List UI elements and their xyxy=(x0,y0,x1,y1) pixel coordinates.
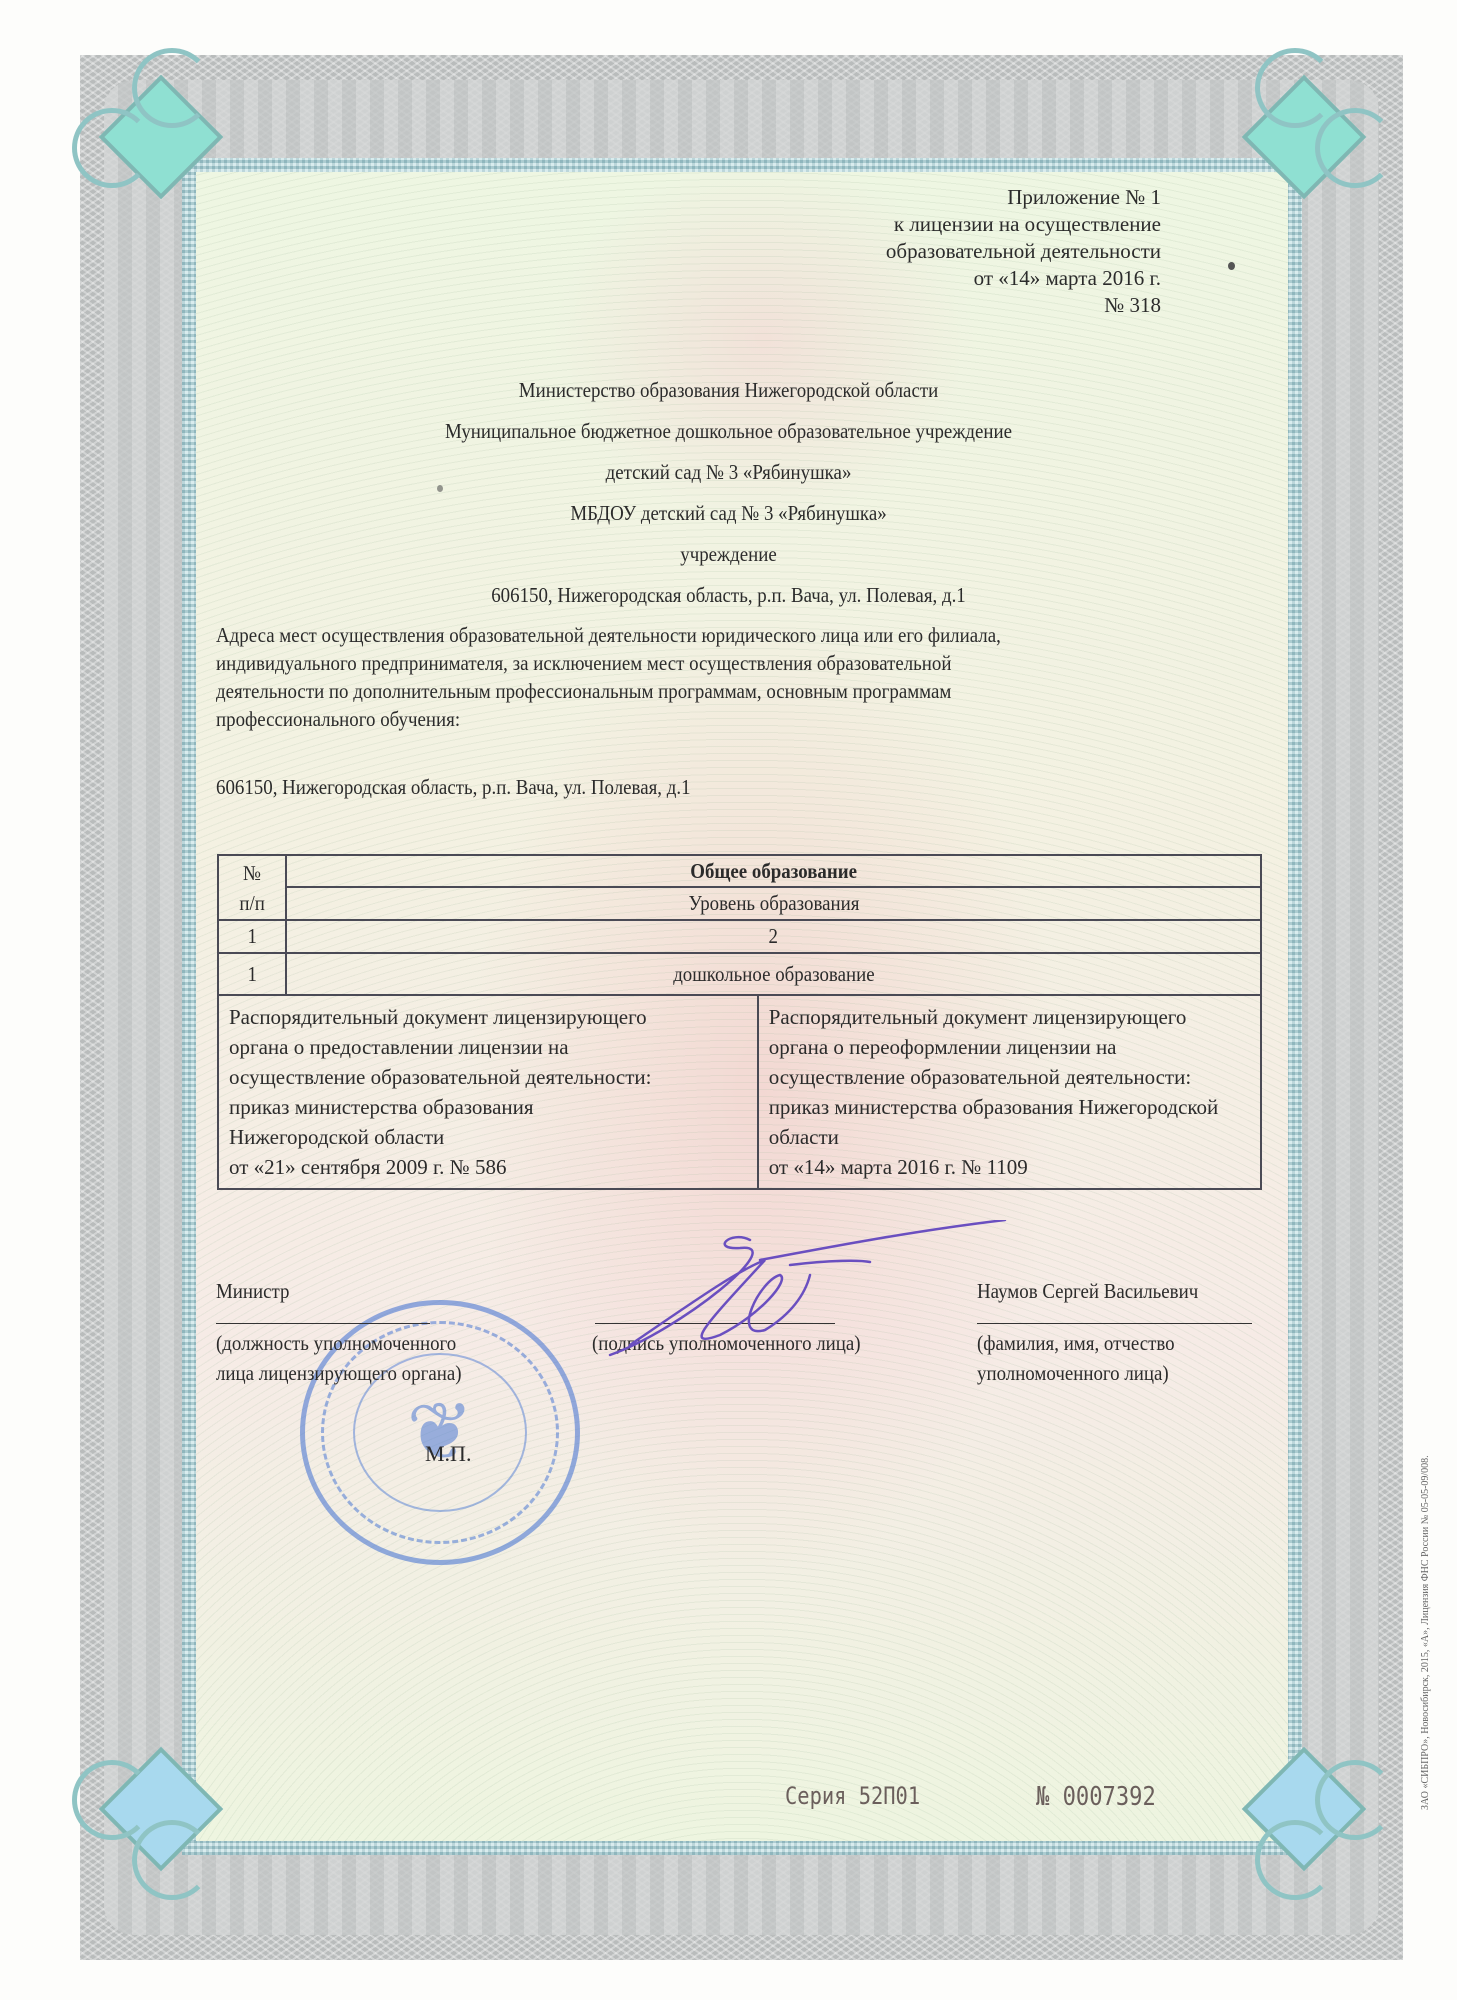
organization-full-name-2: детский сад № 3 «Рябинушка» xyxy=(73,460,1384,485)
table-row: 1 дошкольное образование xyxy=(218,953,1261,995)
position-line xyxy=(216,1323,430,1324)
places-description: профессионального обучения: xyxy=(216,706,460,733)
places-description: деятельности по дополнительным профессио… xyxy=(216,678,951,705)
name-caption: уполномоченного лица) xyxy=(977,1360,1169,1387)
form-series: Серия 52П01 xyxy=(785,1782,920,1810)
name-line xyxy=(977,1323,1252,1324)
ministry-name: Министерство образования Нижегородской о… xyxy=(73,378,1384,403)
places-description: индивидуального предпринимателя, за искл… xyxy=(216,650,951,677)
ink-speck xyxy=(437,485,443,492)
organization-short-name: МБДОУ детский сад № 3 «Рябинушка» xyxy=(73,501,1384,526)
form-number: № 0007392 xyxy=(1036,1782,1156,1812)
position-caption: (должность уполномоченного xyxy=(216,1330,456,1357)
education-table: № п/п Общее образование Уровень образова… xyxy=(217,854,1262,1190)
position-caption: лица лицензирующего органа) xyxy=(216,1360,462,1387)
header-line: образовательной деятельности xyxy=(886,238,1161,265)
column-number-cell: 1 xyxy=(218,920,286,953)
places-description: Адреса мест осуществления образовательно… xyxy=(216,622,1001,649)
header-line: к лицензии на осуществление xyxy=(886,211,1161,238)
appendix-header: Приложение № 1 к лицензии на осуществлен… xyxy=(886,184,1161,319)
num-header-cell: № п/п xyxy=(218,855,286,920)
double-headed-eagle-icon: ❦ xyxy=(390,1383,490,1483)
seal-label: М.П. xyxy=(425,1440,471,1467)
organization-address: 606150, Нижегородская область, р.п. Вача… xyxy=(73,583,1384,608)
license-reissue-document: Распорядительный документ лицензирующего… xyxy=(758,995,1261,1189)
section-title: Общее образование xyxy=(286,855,1261,887)
document-content: Приложение № 1 к лицензии на осуществлен… xyxy=(0,0,1457,2000)
license-grant-document: Распорядительный документ лицензирующего… xyxy=(218,995,758,1189)
printer-note: ЗАО «СИБПРО», Новосибирск, 2015, «А», Ли… xyxy=(1420,1455,1431,1810)
level-header: Уровень образования xyxy=(286,887,1261,920)
header-line: от «14» марта 2016 г. xyxy=(886,265,1161,292)
handwritten-signature-icon xyxy=(590,1220,1010,1360)
places-address: 606150, Нижегородская область, р.п. Вача… xyxy=(216,774,691,801)
organization-full-name: Муниципальное бюджетное дошкольное образ… xyxy=(73,419,1384,444)
organization-type: учреждение xyxy=(73,542,1384,567)
ink-speck xyxy=(1228,262,1235,270)
header-line: Приложение № 1 xyxy=(886,184,1161,211)
signer-name: Наумов Сергей Васильевич xyxy=(977,1278,1198,1305)
row-number: 1 xyxy=(218,953,286,995)
signer-position: Министр xyxy=(216,1278,289,1305)
header-line: № 318 xyxy=(886,292,1161,319)
row-level: дошкольное образование xyxy=(286,953,1261,995)
column-number-cell: 2 xyxy=(286,920,1261,953)
